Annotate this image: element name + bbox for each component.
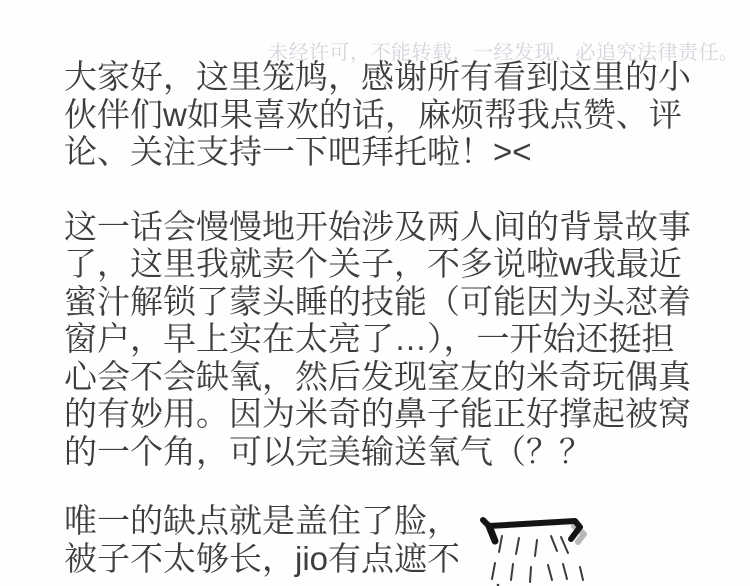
- comic-author-note-page: 未经许可，不能转载，一经发现，必追究法律责任。 大家好，这里笼鸠，感谢所有看到这…: [0, 0, 750, 586]
- blanket-corner-rain-sketch-icon: [468, 500, 608, 586]
- note-paragraph-blanket: 唯一的缺点就是盖住了脸， 被子不太够长，jio有点遮不: [64, 502, 704, 577]
- author-note-text: 大家好，这里笼鸠，感谢所有看到这里的小 伙伴们w如果喜欢的话，麻烦帮我点赞、评 …: [64, 58, 704, 577]
- note-paragraph-story: 这一话会慢慢地开始涉及两人间的背景故事 了，这里我就卖个关子，不多说啦w我最近 …: [64, 208, 704, 471]
- note-paragraph-greeting: 大家好，这里笼鸠，感谢所有看到这里的小 伙伴们w如果喜欢的话，麻烦帮我点赞、评 …: [64, 58, 704, 171]
